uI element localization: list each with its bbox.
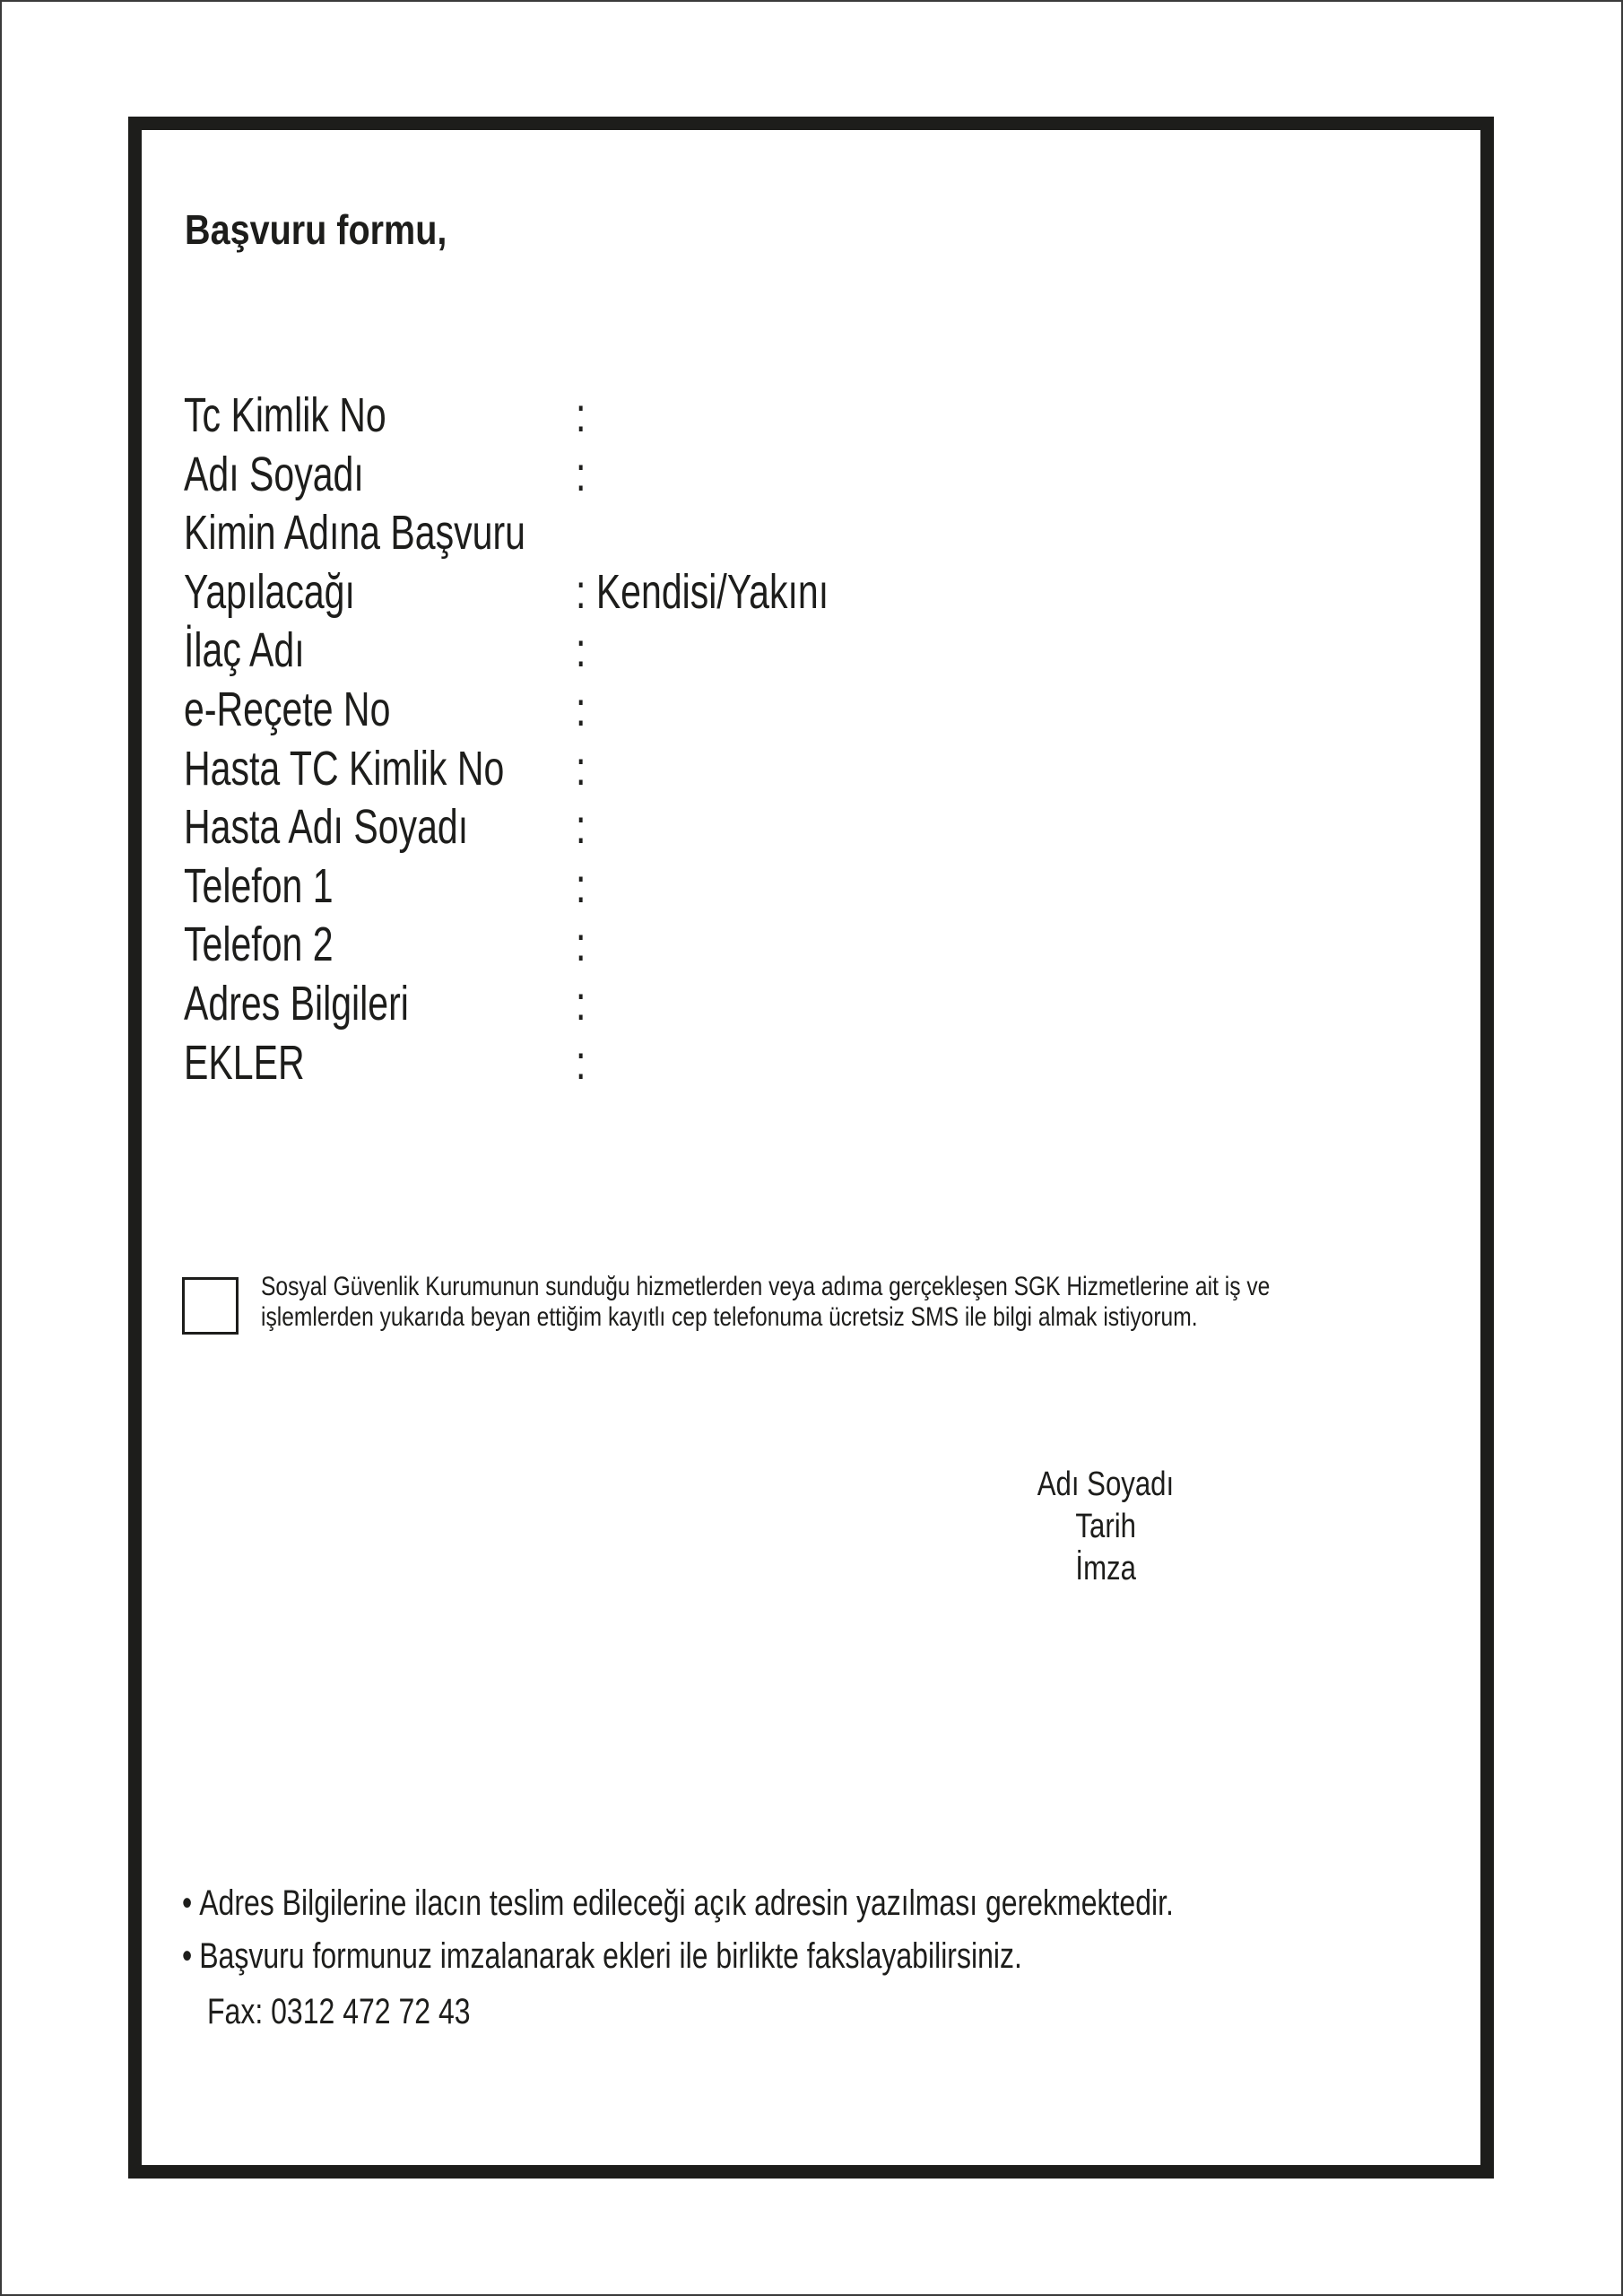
- field-label: Adı Soyadı: [184, 445, 364, 504]
- signature-name-text: Adı Soyadı: [1037, 1464, 1174, 1506]
- field-value[interactable]: Kendisi/Yakını: [586, 565, 829, 619]
- field-colon: :: [576, 857, 586, 916]
- consent-line2: işlemlerden yukarıda beyan ettiğim kayıt…: [261, 1302, 1198, 1332]
- field-hasta-adi-soyadi[interactable]: Hasta Adı Soyadı :: [184, 797, 558, 857]
- field-colon: :: [576, 739, 586, 798]
- fax-number: Fax: 0312 472 72 43: [207, 1985, 536, 2039]
- field-telefon-2[interactable]: Telefon 2 :: [184, 915, 380, 974]
- field-kimin-adina-basvuru-yapilacagi[interactable]: Yapılacağı : Kendisi/Yakını: [184, 562, 409, 622]
- consent-line1: Sosyal Güvenlik Kurumunun sunduğu hizmet…: [261, 1272, 1270, 1301]
- field-ekler[interactable]: EKLER :: [184, 1033, 343, 1092]
- signature-sign-text: İmza: [1075, 1548, 1136, 1590]
- field-kimin-adina-label: Kimin Adına Başvuru: [184, 503, 633, 562]
- field-label: Adres Bilgileri: [184, 974, 409, 1033]
- field-colon: :: [576, 1033, 586, 1092]
- field-e-recete-no[interactable]: e-Reçete No :: [184, 680, 456, 739]
- note-text: Başvuru formunuz imzalanarak ekleri ile …: [199, 1936, 1022, 1976]
- field-colon: :: [576, 445, 586, 504]
- form-title: Başvuru formu,: [185, 204, 490, 255]
- field-colon: :: [576, 386, 586, 445]
- signature-sign-label: İmza: [971, 1548, 1240, 1590]
- field-colon: :: [576, 915, 586, 974]
- sms-consent-checkbox[interactable]: [182, 1277, 239, 1335]
- field-colon: :: [576, 621, 586, 680]
- field-ilac-adi[interactable]: İlaç Adı :: [184, 621, 343, 680]
- field-label: Yapılacağı: [184, 562, 355, 622]
- field-colon-value[interactable]: : Kendisi/Yakını: [576, 562, 829, 622]
- signature-name-label: Adı Soyadı: [971, 1464, 1240, 1506]
- sms-consent-text-line1: Sosyal Güvenlik Kurumunun sunduğu hizmet…: [261, 1272, 1491, 1301]
- bullet-icon: •: [182, 1876, 199, 1930]
- field-label: Telefon 1: [184, 857, 334, 916]
- field-label: Telefon 2: [184, 915, 334, 974]
- field-label: EKLER: [184, 1033, 305, 1092]
- field-colon: :: [576, 797, 586, 857]
- sms-consent-text-line2: işlemlerden yukarıda beyan ettiğim kayıt…: [261, 1302, 1403, 1332]
- signature-date-label: Tarih: [971, 1506, 1240, 1548]
- note-text: Adres Bilgilerine ilacın teslim edileceğ…: [199, 1883, 1174, 1923]
- field-label: Hasta TC Kimlik No: [184, 739, 504, 798]
- signature-date-text: Tarih: [1075, 1506, 1136, 1548]
- bullet-icon: •: [182, 1929, 199, 1983]
- field-label: Kimin Adına Başvuru: [184, 503, 525, 562]
- field-colon: :: [576, 680, 586, 739]
- field-label: Tc Kimlik No: [184, 386, 386, 445]
- field-hasta-tc-kimlik-no[interactable]: Hasta TC Kimlik No :: [184, 739, 605, 798]
- field-tc-kimlik-no[interactable]: Tc Kimlik No :: [184, 386, 450, 445]
- field-label: İlaç Adı: [184, 621, 305, 680]
- field-colon: :: [576, 565, 586, 619]
- field-label: e-Reçete No: [184, 680, 390, 739]
- note-item: •Başvuru formunuz imzalanarak ekleri ile…: [182, 1929, 1232, 1983]
- fax-text: Fax: 0312 472 72 43: [207, 1985, 471, 2039]
- note-item: •Adres Bilgilerine ilacın teslim edilece…: [182, 1876, 1421, 1930]
- field-telefon-1[interactable]: Telefon 1 :: [184, 857, 380, 916]
- field-label: Hasta Adı Soyadı: [184, 797, 468, 857]
- form-title-text: Başvuru formu,: [185, 204, 447, 255]
- field-colon: :: [576, 974, 586, 1033]
- field-adres-bilgileri[interactable]: Adres Bilgileri :: [184, 974, 480, 1033]
- field-adi-soyadi[interactable]: Adı Soyadı :: [184, 445, 421, 504]
